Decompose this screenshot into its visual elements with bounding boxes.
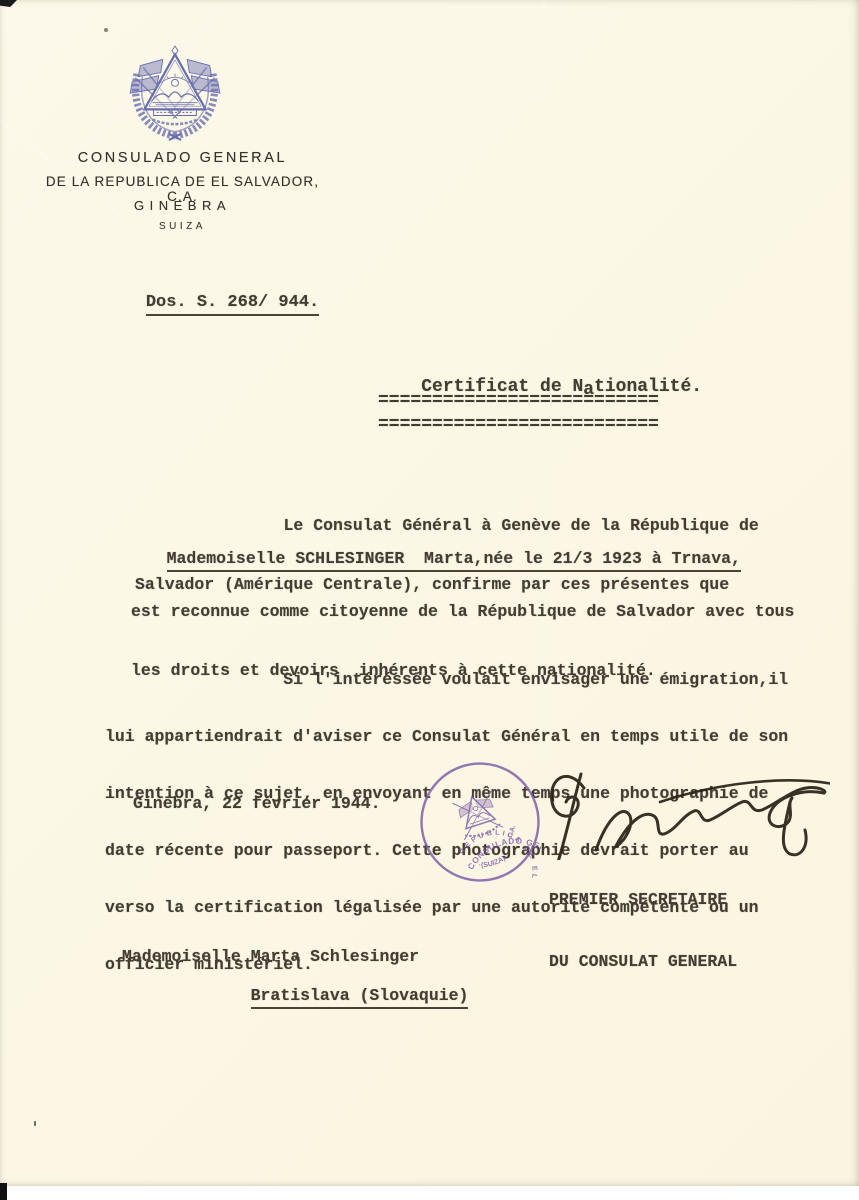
letterhead-line-1: CONSULADO GENERAL [30,150,335,166]
title-underline: ========================== =============… [378,381,659,445]
paragraph-line: Si l'intéréssée voulait envisager une ém… [105,670,788,689]
signer-title-line: DU CONSULAT GENERAL [549,952,737,973]
consular-seal: CONSULADO GENERAL DE EL SALVADOR EN GINE… [419,761,541,883]
consulate-crest-icon [122,42,228,141]
recipient-name: Mademoiselle Marta Schlesinger [122,947,419,966]
scan-corner-mark-bottom [0,1183,7,1200]
paragraph-line: est reconnue comme citoyenne de la Répub… [131,602,794,622]
scan-speck [104,28,108,32]
signer-title: PREMIER SECRETAIRE DU CONSULAT GENERAL [549,849,737,1013]
recipient-city: Bratislava (Slovaquie) [211,967,468,1024]
signer-title-line: PREMIER SECRETAIRE [549,890,737,911]
scan-speck [34,1121,36,1126]
dossier-number: Dos. S. 268/ 944. [105,274,319,331]
document-scan: CONSULADO GENERAL DE LA REPUBLICA DE EL … [0,0,859,1200]
date-line: Ginebra, 22 février 1944. [133,794,381,813]
signature [538,758,830,860]
letterhead-line-4: SUIZA [30,221,335,232]
paragraph-line: lui appartiendrait d'aviser ce Consulat … [105,727,788,746]
letterhead-line-3: GINEBRA [30,198,335,213]
